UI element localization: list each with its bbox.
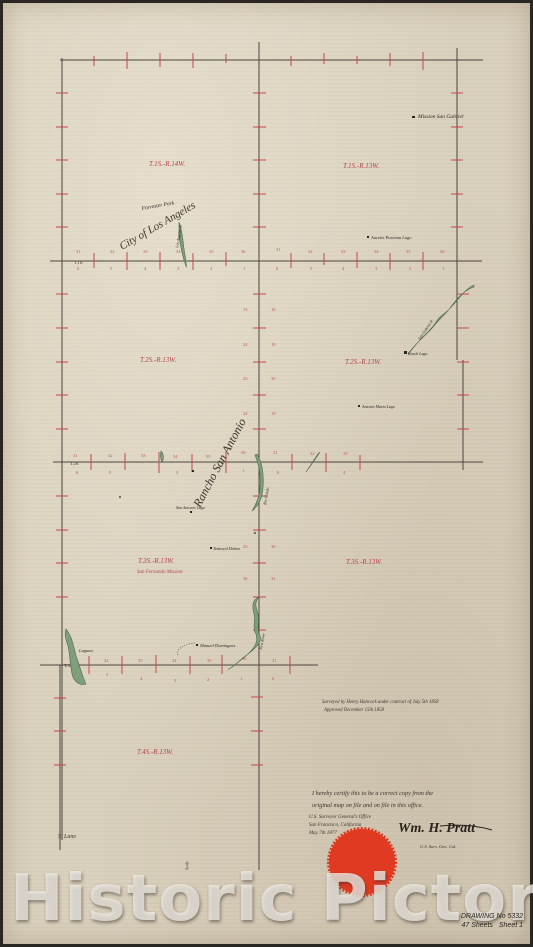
svg-text:3: 3 [375,266,378,271]
svg-text:6: 6 [276,266,279,271]
drawing-number: DRAWING No 5332 47 Sheets Sheet 1 [461,912,523,930]
place-label: Temescal Dalton [213,546,240,551]
svg-text:6: 6 [76,470,79,475]
svg-text:3: 3 [177,266,180,271]
svg-text:33: 33 [141,453,146,458]
svg-text:5: 5 [310,266,313,271]
svg-text:6: 6 [277,470,280,475]
sheet-number: Sheet 1 [499,922,523,929]
svg-text:33: 33 [143,249,148,254]
svg-text:35: 35 [209,249,214,254]
office-text: May 7th 1877 [308,831,337,836]
drawing-label: DRAWING No [461,913,506,920]
survey-map: T.1S.-R.14W. T.1S.-R.13W. T.2S.-R.13W. T… [0,0,533,947]
mission-area-label: San Fernando Mission [137,570,183,575]
svg-text:25: 25 [243,544,248,549]
place-label: San Antonio Lugo [176,505,205,510]
approval-note: Approved December 15th 1858 [323,708,385,713]
place-label: Laguna [78,648,94,653]
drawing-number-value: 5332 [507,913,523,920]
svg-text:18: 18 [271,307,276,312]
san-gabriel-river-upper [408,285,474,354]
sheet-count: 47 Sheets [461,922,493,929]
svg-text:32: 32 [110,249,115,254]
svg-text:34: 34 [173,454,178,459]
township-label: T.2S.-R.13W. [345,358,381,366]
township-label: T.1S.-R.13W. [343,162,379,170]
laguna-lake [65,629,86,685]
section-ticks [54,52,469,765]
svg-text:2: 2 [210,266,212,271]
township-label: T.1S.-R.14W. [149,160,185,168]
svg-text:T.2S.: T.2S. [70,461,79,466]
svg-text:32: 32 [108,453,113,458]
svg-text:35: 35 [406,249,411,254]
watermark: Historic Pictoric [10,862,533,936]
township-label: T.4S.-R.13W. [137,748,173,756]
place-label: Antonio Maria Lugo [361,404,395,409]
survey-note: Surveyed by Henry Hancock under contract… [322,700,439,705]
svg-text:19: 19 [271,342,276,347]
township-grid [40,42,483,870]
mission-label: Mission San Gabriel [417,114,464,120]
place-label: Aucelet Purtema Lugo [370,235,412,240]
svg-text:2: 2 [207,677,209,682]
svg-text:32: 32 [104,658,109,663]
township-label: T.3S.-R.13W. [346,558,382,566]
svg-text:19: 19 [271,411,276,416]
svg-text:32: 32 [308,249,313,254]
river-label: San Gabriel R. [417,318,435,340]
svg-text:31: 31 [271,576,276,581]
svg-text:3: 3 [174,678,177,683]
svg-text:30: 30 [271,376,276,381]
svg-text:33: 33 [138,658,143,663]
svg-text:35: 35 [206,454,211,459]
svg-text:36: 36 [440,249,445,254]
place-label: Ranch Lugo [407,351,427,356]
svg-text:31: 31 [276,247,281,252]
certification-text: original map on file and on file in this… [312,802,423,809]
corner-initial: S. Lane [58,834,76,840]
svg-text:5: 5 [109,470,112,475]
svg-text:31: 31 [272,658,277,663]
svg-text:5: 5 [110,266,113,271]
svg-text:4: 4 [140,676,143,681]
svg-text:2: 2 [409,266,411,271]
svg-text:13: 13 [243,307,248,312]
svg-text:34: 34 [172,658,177,663]
svg-text:1: 1 [442,266,444,271]
svg-text:24: 24 [243,342,248,347]
svg-text:36: 36 [241,249,246,254]
svg-text:35: 35 [207,658,212,663]
svg-text:36: 36 [241,450,246,455]
svg-text:31: 31 [76,249,81,254]
trail-path [178,643,195,655]
office-text: U.S. Surveyor General's Office [309,815,372,820]
signature: Wm. H. Pratt [398,821,476,836]
svg-text:1: 1 [240,676,242,681]
svg-text:T.1S.: T.1S. [74,260,83,265]
svg-text:3: 3 [176,470,179,475]
township-label: T.3S.-R.13W. [138,557,174,565]
svg-text:4: 4 [144,266,147,271]
rancho-label: Rancho San Antonio [190,416,249,510]
svg-text:36: 36 [243,576,248,581]
svg-text:33: 33 [341,249,346,254]
place-label: Forrester Park [140,200,175,212]
svg-text:34: 34 [374,249,379,254]
water-features [65,222,474,685]
svg-text:30: 30 [271,544,276,549]
svg-text:4: 4 [342,266,345,271]
svg-text:32: 32 [310,451,315,456]
signature-title: U.S. Surv. Gen. Cal. [420,844,456,849]
svg-text:4: 4 [343,470,346,475]
svg-text:5: 5 [106,672,109,677]
svg-text:1: 1 [243,266,245,271]
place-label: Manuel Dominguez [199,643,236,648]
svg-text:34: 34 [176,249,181,254]
svg-text:31: 31 [73,453,78,458]
small-pond [160,451,163,462]
svg-text:6: 6 [77,266,80,271]
svg-text:1: 1 [242,468,244,473]
svg-text:33: 33 [343,451,348,456]
svg-text:6: 6 [272,676,275,681]
river-label: Rio Hondo [262,487,270,506]
svg-text:24: 24 [243,411,248,416]
svg-text:25: 25 [243,376,248,381]
certification-text: I hereby certify this to be a correct co… [311,790,433,797]
office-text: San Francisco, California [309,823,362,828]
svg-text:31: 31 [273,450,278,455]
settlement-markers [119,116,415,646]
township-label: T.2S.-R.13W. [140,356,176,364]
